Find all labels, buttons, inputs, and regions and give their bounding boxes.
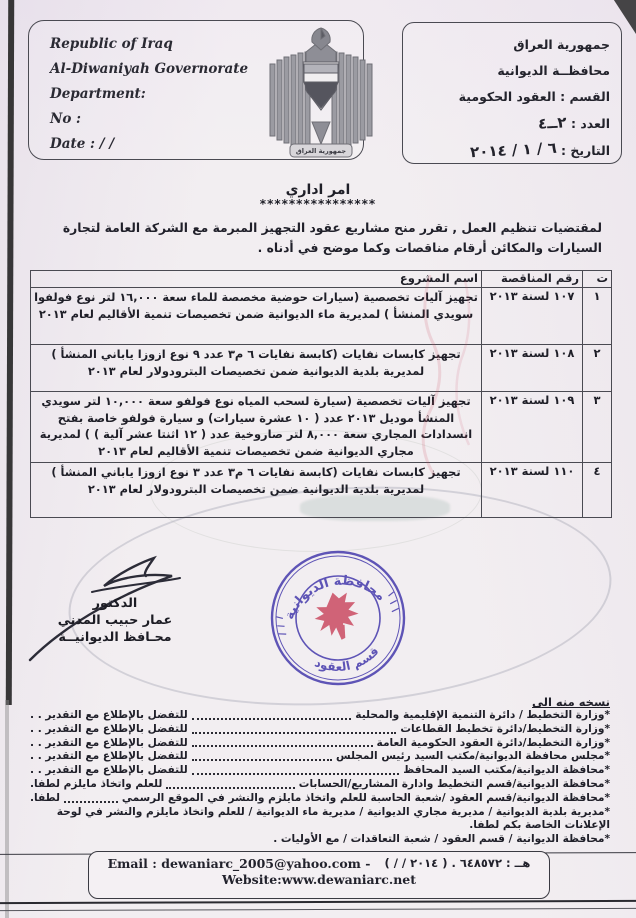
- footer-contact-box: Email : dewaniarc_2005@yahoo.com - هــ :…: [88, 851, 550, 899]
- recipient: *محافظة الديوانية/مكتب السيد المحافظ: [403, 764, 610, 778]
- iraq-eagle-emblem-icon: جمهورية العراق: [262, 26, 380, 168]
- recipient: *محافظة الديوانية/قسم التخطيط وادارة الم…: [299, 778, 610, 792]
- scanned-document-page: Republic of Iraq Al-Diwaniyah Governorat…: [0, 0, 636, 918]
- stamp-center-emblem: [310, 588, 363, 644]
- table-row: ٢ ١٠٨ لسنة ٢٠١٣ تجهيز كابسات نفايات (كاب…: [31, 345, 612, 392]
- recipient: *وزارة التخطيط/دائرة العقود الحكومية الع…: [377, 737, 610, 751]
- number-handwritten-value: ٢ــ٤: [537, 109, 567, 136]
- recipient: *محافظة الديوانية / قسم العقود / شعبة ال…: [273, 833, 610, 845]
- row-seq: ١: [583, 288, 612, 345]
- header-ar-governorate: محافظــة الديوانية: [459, 58, 610, 84]
- action-note: للتفضل بالإطلاع مع التقدير . .: [30, 764, 188, 778]
- scan-edge-left: [6, 0, 14, 705]
- dotted-leader: [192, 732, 397, 734]
- table-row: ٤ ١١٠ لسنة ٢٠١٣ تجهيز كابسات نفايات (كاب…: [31, 463, 612, 518]
- dotted-leader: [192, 759, 332, 761]
- dotted-leader: [166, 787, 294, 789]
- action-note: للعلم واتخاذ مايلزم لطفا.: [30, 778, 162, 792]
- tenders-table: ت رقم المناقصة اسم المشروع ١ ١٠٧ لسنة ٢٠…: [30, 270, 612, 518]
- bottom-scan-line-1: [0, 900, 636, 904]
- dotted-leader: [192, 745, 373, 747]
- bottom-scan-line-2: [0, 908, 636, 911]
- header-en-governorate: Al-Diwaniyah Governorate: [50, 57, 248, 82]
- signatory-role: محـافظ الديوانيــة: [40, 629, 190, 646]
- intro-paragraph: لمقتضيات تنظيم العمل , تقرر منح مشاريع ع…: [36, 218, 602, 258]
- action-note: للتفضل بالإطلاع مع التقدير . .: [30, 709, 188, 723]
- distribution-item: *وزارة التخطيط / دائرة التنمية الإقليمية…: [30, 709, 610, 723]
- row-seq: ٣: [583, 392, 612, 463]
- distribution-item: *وزارة التخطيط/دائرة تخطيط القطاعات للتف…: [30, 723, 610, 737]
- recipient: *وزارة التخطيط / دائرة التنمية الإقليمية…: [355, 709, 610, 723]
- table-row: ٣ ١٠٩ لسنة ٢٠١٣ تجهيز آليات تخصصية (سيار…: [31, 392, 612, 463]
- header-en-department: Department:: [50, 82, 248, 107]
- eagle-plaque: جمهورية العراق: [290, 144, 352, 157]
- header-ar-country: جمهورية العراق: [459, 32, 610, 58]
- distribution-item: *محافظة الديوانية/مكتب السيد المحافظ للت…: [30, 764, 610, 778]
- distribution-item: *وزارة التخطيط/دائرة العقود الحكومية الع…: [30, 737, 610, 751]
- table-header-row: ت رقم المناقصة اسم المشروع: [31, 271, 612, 288]
- distribution-item: *مديرية بلدية الديوانية / مديرية مجاري ا…: [30, 806, 610, 834]
- recipient: *وزارة التخطيط/دائرة تخطيط القطاعات: [400, 723, 610, 737]
- date-handwritten-value: ٦ / ١ / ٢٠١٤: [469, 135, 557, 166]
- action-note: للتفضل بالإطلاع مع التقدير . .: [30, 737, 188, 751]
- phone-number: هــ : ٦٤٨٥٧٢ . ( ٢٠١٤ / / ): [384, 856, 530, 871]
- number-label: العدد :: [571, 116, 610, 131]
- email-address: Email : dewaniarc_2005@yahoo.com -: [108, 856, 371, 871]
- dotted-leader: [64, 801, 118, 803]
- recipient: *مجلس محافظة الديوانية/مكتب السيد رئيس ا…: [336, 750, 610, 764]
- header-arabic-text: جمهورية العراق محافظــة الديوانية القسم …: [459, 32, 610, 164]
- website-address: Website:www.dewaniarc.net: [89, 872, 549, 887]
- distribution-item: *محافظة الديوانية/قسم العقود /شعبة الحاس…: [30, 792, 610, 806]
- action-note: للتفضل بالإطلاع مع التقدير . .: [30, 750, 188, 764]
- recipient: *مديرية بلدية الديوانية / مديرية مجاري ا…: [57, 806, 610, 832]
- action-note: للتفضل بالإطلاع مع التقدير . .: [30, 723, 188, 737]
- header-ar-number-line: العدد : ٢ــ٤: [459, 110, 610, 137]
- row-seq: ٤: [583, 463, 612, 518]
- distribution-item: *محافظة الديوانية/قسم التخطيط وادارة الم…: [30, 778, 610, 792]
- dotted-leader: [192, 718, 351, 720]
- header-en-no: No :: [50, 107, 248, 132]
- distribution-list: نسخه منه الى *وزارة التخطيط / دائرة التن…: [30, 695, 610, 847]
- date-label: التاريخ :: [561, 143, 610, 158]
- scan-edge-left-lower: [5, 700, 9, 918]
- document-title: امر اداري: [0, 182, 636, 198]
- signatory-name: عمار حبيب المدني: [40, 612, 190, 629]
- footer-row-1: Email : dewaniarc_2005@yahoo.com - هــ :…: [89, 856, 549, 871]
- signatory-title: الدكتور: [40, 595, 190, 612]
- signatory-block: الدكتور عمار حبيب المدني محـافظ الديواني…: [40, 595, 190, 646]
- official-round-stamp: محافظة الديوانية قسم العقود: [258, 540, 418, 696]
- dotted-leader: [192, 773, 399, 775]
- header-english-text: Republic of Iraq Al-Diwaniyah Governorat…: [50, 32, 248, 157]
- title-divider-stars: ****************: [0, 197, 636, 211]
- header-ar-department: القسم : العقود الحكومية: [459, 84, 610, 110]
- distribution-item: *مجلس محافظة الديوانية/مكتب السيد رئيس ا…: [30, 750, 610, 764]
- header-ar-date-line: التاريخ : ٦ / ١ / ٢٠١٤: [459, 137, 610, 164]
- row-seq: ٢: [583, 345, 612, 392]
- emblem-plaque-text: جمهورية العراق: [296, 147, 347, 155]
- red-ink-bleed: [390, 270, 510, 510]
- header-en-country: Republic of Iraq: [50, 32, 248, 57]
- action-note: لطفا.: [30, 792, 60, 806]
- table-row: ١ ١٠٧ لسنة ٢٠١٣ تجهيز آليات تخصصية (سيار…: [31, 288, 612, 345]
- header-en-date: Date : / /: [50, 132, 248, 157]
- col-seq: ت: [583, 271, 612, 288]
- distribution-item: *محافظة الديوانية / قسم العقود / شعبة ال…: [30, 833, 610, 847]
- recipient: *محافظة الديوانية/قسم العقود /شعبة الحاس…: [122, 792, 610, 806]
- distribution-heading: نسخه منه الى: [30, 695, 610, 709]
